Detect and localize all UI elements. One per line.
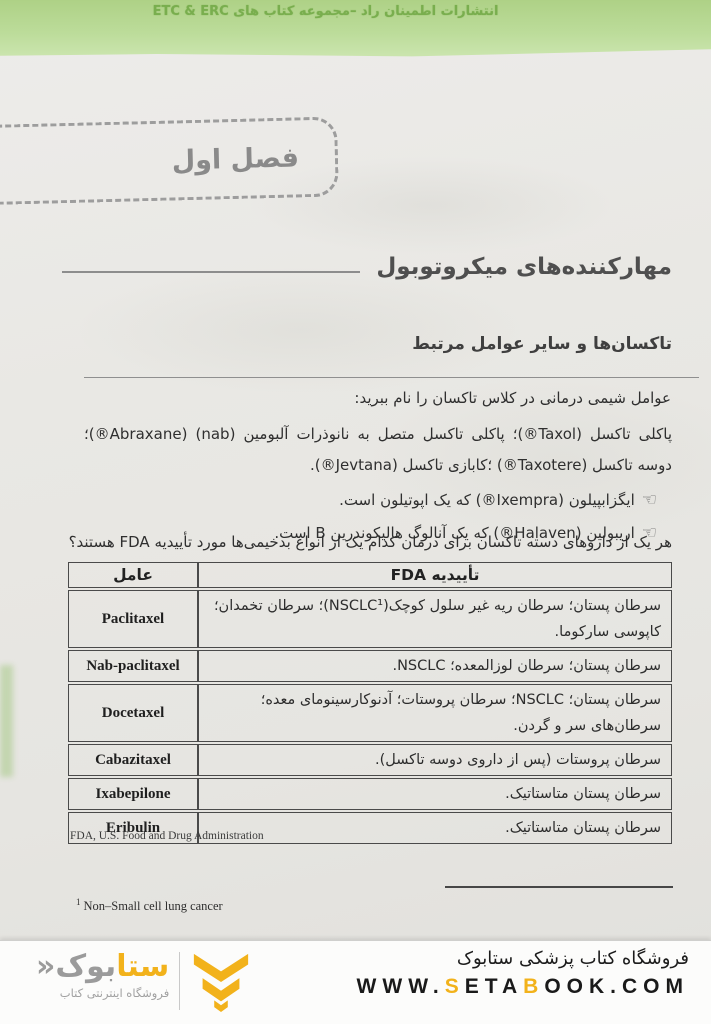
publisher-banner-text: انتشارات اطمینان راد –مجموعه کتاب های ET… <box>0 4 651 19</box>
footnote: 1Non–Small cell lung cancer <box>76 897 223 914</box>
section-title: مهارکننده‌های میکروتوبول <box>376 254 672 280</box>
footnote-separator <box>445 886 673 888</box>
section-heading-row: مهارکننده‌های میکروتوبول <box>62 254 672 280</box>
approval-cell: سرطان پستان؛ سرطان ریه غیر سلول کوچک(NSC… <box>198 590 672 648</box>
table-row: سرطان پروستات (پس از داروی دوسه تاکسل). … <box>68 744 672 776</box>
url-segment: WWW. <box>357 975 445 998</box>
answer-paragraph: پاکلی تاکسل (Taxol®)؛ پاکلی تاکسل متصل ب… <box>84 419 672 481</box>
divider-rule <box>84 377 699 378</box>
scanned-book-page: انتشارات اطمینان راد –مجموعه کتاب های ET… <box>0 0 711 1024</box>
bullet-text: ایگزابپیلون (Ixempra®) که یک اپوتیلون اس… <box>339 491 635 509</box>
approval-cell: سرطان پستان؛ NSCLC؛ سرطان پروستات؛ آدنوک… <box>198 684 672 742</box>
agent-cell: Cabazitaxel <box>68 744 198 776</box>
subsection-title: تاکسان‌ها و سایر عوامل مرتبط <box>412 334 672 354</box>
table-row: سرطان پستان متاستاتیک. Ixabepilone <box>68 778 672 810</box>
url-segment-accent: S <box>445 975 465 998</box>
agent-cell: Paclitaxel <box>68 590 198 648</box>
fda-approval-table: تأییدیه FDA عامل سرطان پستان؛ سرطان ریه … <box>68 560 672 846</box>
setabook-logo: ستابوک« فروشگاه اینترنتی کتاب <box>36 950 252 1012</box>
agent-cell: Docetaxel <box>68 684 198 742</box>
wordmark-rest: بوک <box>55 949 116 984</box>
table-abbreviation-note: FDA, U.S. Food and Drug Administration <box>70 830 264 842</box>
bullet-item: ☜ایگزابپیلون (Ixempra®) که یک اپوتیلون ا… <box>60 484 657 517</box>
approval-cell: سرطان پستان؛ سرطان لوزالمعده؛ NSCLC. <box>198 650 672 682</box>
question-2: هر یک از داروهای دسته تاکسان برای درمان … <box>20 533 672 551</box>
url-segment-accent: B <box>523 975 544 998</box>
url-segment: ETA <box>465 975 523 998</box>
footnote-text: Non–Small cell lung cancer <box>84 899 223 913</box>
table-row: سرطان پستان؛ سرطان ریه غیر سلول کوچک(NSC… <box>68 590 672 648</box>
footer-text-block: فروشگاه کتاب پزشکی ستابوک WWW.SETABOOK.C… <box>357 948 689 999</box>
logo-wordmark-block: ستابوک« فروشگاه اینترنتی کتاب <box>36 950 169 1000</box>
scan-artifact-green-strip <box>0 665 13 777</box>
table-row: سرطان پستان؛ NSCLC؛ سرطان پروستات؛ آدنوک… <box>68 684 672 742</box>
approval-cell: سرطان پروستات (پس از داروی دوسه تاکسل). <box>198 744 672 776</box>
heading-underline <box>62 271 360 273</box>
pointing-hand-icon: ☜ <box>642 490 657 510</box>
header-agent: عامل <box>68 562 198 588</box>
chevron-logo-icon <box>190 950 252 1012</box>
logo-caption: فروشگاه اینترنتی کتاب <box>36 986 169 1000</box>
footer-brand-bar: ستابوک« فروشگاه اینترنتی کتاب فروشگاه کت… <box>0 940 711 1024</box>
agent-cell: Nab-paclitaxel <box>68 650 198 682</box>
wordmark-accent: ستا <box>116 949 169 984</box>
approval-cell: سرطان پستان متاستاتیک. <box>198 812 672 844</box>
wordmark-chevron: « <box>36 949 55 984</box>
website-url: WWW.SETABOOK.COM <box>357 975 689 999</box>
header-approval: تأییدیه FDA <box>198 562 672 588</box>
footnote-marker: 1 <box>76 897 81 907</box>
table-row: سرطان پستان؛ سرطان لوزالمعده؛ NSCLC. Nab… <box>68 650 672 682</box>
question-1: عوامل شیمی درمانی در کلاس تاکسان را نام … <box>40 389 671 407</box>
logo-divider <box>179 952 180 1010</box>
table-header-row: تأییدیه FDA عامل <box>68 562 672 588</box>
agent-cell: Ixabepilone <box>68 778 198 810</box>
store-title: فروشگاه کتاب پزشکی ستابوک <box>357 948 689 969</box>
url-segment: OOK.COM <box>544 975 689 998</box>
logo-wordmark: ستابوک« <box>36 950 169 984</box>
chapter-label: فصل اول <box>171 142 299 176</box>
chapter-box: فصل اول <box>0 116 339 205</box>
approval-cell: سرطان پستان متاستاتیک. <box>198 778 672 810</box>
